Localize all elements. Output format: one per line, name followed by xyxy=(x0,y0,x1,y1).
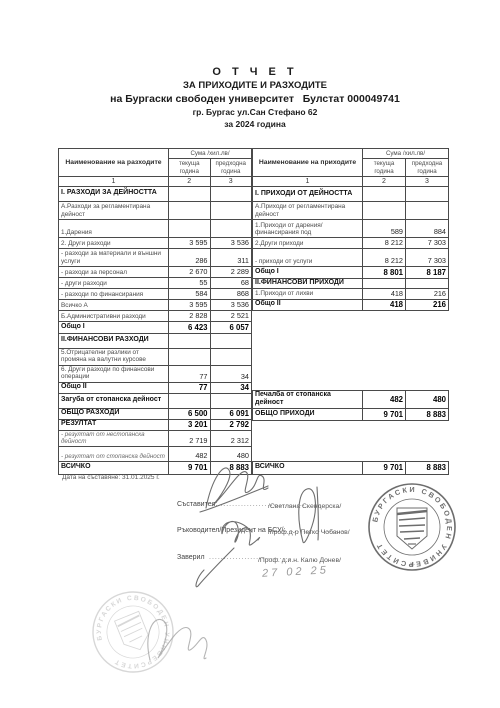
table-row: - разходи за материали и външни услуги28… xyxy=(59,249,252,267)
table-row: А.Разходи за регламентирана дейност xyxy=(59,202,252,220)
table-row: I. ПРИХОДИ ОТ ДЕЙНОСТТА xyxy=(253,187,449,202)
previous-year-value: 480 xyxy=(210,446,252,461)
revenues-amount-header: Сума /хил.лв/ xyxy=(363,149,449,159)
table-row: 1.Приходи от дарения/финансирания под589… xyxy=(253,220,449,238)
current-year-value: 482 xyxy=(169,446,211,461)
expenses-name-header: Наименование на разходите xyxy=(59,149,169,177)
document-header: О Т Ч Е Т ЗА ПРИХОДИТЕ И РАЗХОДИТЕ на Бу… xyxy=(58,66,452,129)
previous-year-value: 3 536 xyxy=(210,300,252,311)
row-label: Общо II xyxy=(59,382,169,393)
current-year-value xyxy=(363,278,406,288)
table-row: ВСИЧКО9 7018 883 xyxy=(59,461,252,474)
table-row: РЕЗУЛТАТ3 2012 792 xyxy=(59,419,252,430)
current-year-value xyxy=(169,202,211,220)
previous-year-value: 3 536 xyxy=(210,238,252,249)
row-label: Общо I xyxy=(253,267,363,278)
expenses-amount-header: Сума /хил.лв/ xyxy=(169,149,252,159)
previous-year-value: 2 792 xyxy=(210,419,252,430)
previous-year-value: 8 883 xyxy=(406,461,449,474)
row-label: РЕЗУЛТАТ xyxy=(59,419,169,430)
current-year-value xyxy=(169,393,211,408)
row-label: ОБЩО ПРИХОДИ xyxy=(253,409,363,420)
revenues-current-year-header: текуща година xyxy=(363,159,406,177)
expenses-previous-year-header: предходна година xyxy=(210,159,252,177)
page-title: О Т Ч Е Т xyxy=(58,66,452,78)
column-number: 2 xyxy=(169,177,211,187)
previous-year-value: 2 289 xyxy=(210,267,252,278)
previous-year-value: 311 xyxy=(210,249,252,267)
table-row: 1.Дарения xyxy=(59,220,252,238)
row-label: 5.Отрицателни разлики от промяна на валу… xyxy=(59,349,169,366)
table-row: - разходи за персонал2 6702 289 xyxy=(59,267,252,278)
current-year-value: 3 201 xyxy=(169,419,211,430)
svg-text:БУРГАСКИ СВОБОДЕН УНИВЕРСИТЕТ: БУРГАСКИ СВОБОДЕН УНИВЕРСИТЕТ xyxy=(85,584,181,680)
table-row: Всичко А3 5953 536 xyxy=(59,300,252,311)
previous-year-value: 34 xyxy=(210,382,252,393)
previous-year-value xyxy=(210,220,252,238)
current-year-value: 418 xyxy=(363,299,406,310)
current-year-value xyxy=(363,187,406,202)
signature-faint xyxy=(148,619,207,660)
svg-text:✳: ✳ xyxy=(409,561,415,569)
table-row: II.ФИНАНСОВИ РАЗХОДИ xyxy=(59,334,252,349)
previous-year-value xyxy=(406,202,449,220)
row-label: - разходи по финансирания xyxy=(59,289,169,300)
row-label: Всичко А xyxy=(59,300,169,311)
previous-year-value: 8 187 xyxy=(406,267,449,278)
current-year-value xyxy=(169,349,211,366)
page-subtitle: ЗА ПРИХОДИТЕ И РАЗХОДИТЕ xyxy=(58,80,452,91)
current-year-value: 2 719 xyxy=(169,430,211,446)
svg-text:БУРГАСКИ СВОБОДЕН УНИВЕРСИТЕТ: БУРГАСКИ СВОБОДЕН УНИВЕРСИТЕТ xyxy=(370,485,454,569)
current-year-value: 3 595 xyxy=(169,238,211,249)
current-year-value: 2 670 xyxy=(169,267,211,278)
row-label: I. РАЗХОДИ ЗА ДЕЙНОСТТА xyxy=(59,187,169,202)
row-label: - разходи за персонал xyxy=(59,267,169,278)
current-year-value: 77 xyxy=(169,365,211,382)
current-year-value: 8 212 xyxy=(363,249,406,267)
manager-name: /проф.д-р Петко Чобанов/ xyxy=(268,529,350,536)
previous-year-value: 6 057 xyxy=(210,322,252,334)
current-year-value: 584 xyxy=(169,289,211,300)
empty-row xyxy=(253,420,449,461)
table-row: ОБЩО РАЗХОДИ6 5006 091 xyxy=(59,408,252,419)
previous-year-value xyxy=(210,202,252,220)
row-label: II.ФИНАНСОВИ ПРИХОДИ xyxy=(253,278,363,288)
table-row: Общо I8 8018 187 xyxy=(253,267,449,278)
scanned-report-page: О Т Ч Е Т ЗА ПРИХОДИТЕ И РАЗХОДИТЕ на Бу… xyxy=(0,0,500,708)
expenses-current-year-header: текуща година xyxy=(169,159,211,177)
current-year-value: 589 xyxy=(363,220,406,238)
previous-year-value xyxy=(210,187,252,202)
table-row: II.ФИНАНСОВИ ПРИХОДИ xyxy=(253,278,449,288)
empty-row xyxy=(253,310,449,391)
row-label: II.ФИНАНСОВИ РАЗХОДИ xyxy=(59,334,169,349)
row-label: 2. Други разходи xyxy=(59,238,169,249)
previous-year-value xyxy=(406,278,449,288)
column-number: 3 xyxy=(406,177,449,187)
table-row: ВСИЧКО9 7018 883 xyxy=(253,461,449,474)
report-year-line: за 2024 година xyxy=(58,119,452,129)
row-label: - други разходи xyxy=(59,278,169,289)
revenues-previous-year-header: предходна година xyxy=(406,159,449,177)
current-year-value: 6 423 xyxy=(169,322,211,334)
table-row: А.Приходи от регламентирана дейност xyxy=(253,202,449,220)
previous-year-value xyxy=(210,393,252,408)
table-row: I. РАЗХОДИ ЗА ДЕЙНОСТТА xyxy=(59,187,252,202)
current-year-value xyxy=(363,202,406,220)
revenues-name-header: Наименование на приходите xyxy=(253,149,363,177)
row-label: 1.Дарения xyxy=(59,220,169,238)
previous-year-value: 2 521 xyxy=(210,311,252,322)
university-stamp-faint: БУРГАСКИ СВОБОДЕН УНИВЕРСИТЕТ xyxy=(81,580,185,684)
current-year-value: 286 xyxy=(169,249,211,267)
row-label: ВСИЧКО xyxy=(59,461,169,474)
previous-year-value: 480 xyxy=(406,391,449,409)
table-row: ОБЩО ПРИХОДИ9 7018 883 xyxy=(253,409,449,420)
row-label: Общо I xyxy=(59,322,169,334)
certified-label: Заверил xyxy=(177,554,205,561)
current-year-value: 8 801 xyxy=(363,267,406,278)
prepared-by-name: /Светлана Скендерска/ xyxy=(268,503,341,510)
row-label: 6. Други разходи по финансови операции xyxy=(59,365,169,382)
address-line: гр. Бургас ул.Сан Стефано 62 xyxy=(58,107,452,117)
previous-year-value: 8 883 xyxy=(210,461,252,474)
previous-year-value: 7 303 xyxy=(406,238,449,249)
current-year-value xyxy=(169,220,211,238)
row-label: Загуба от стопанска дейност xyxy=(59,393,169,408)
current-year-value: 6 500 xyxy=(169,408,211,419)
current-year-value: 9 701 xyxy=(363,461,406,474)
current-year-value: 9 701 xyxy=(169,461,211,474)
compilation-date: Дата на съставяне: 31.01.2025 г. xyxy=(62,474,160,481)
table-row: Б.Административни разходи2 8282 521 xyxy=(59,311,252,322)
table-row: Общо II7734 xyxy=(59,382,252,393)
column-number: 1 xyxy=(253,177,363,187)
row-label: - резултат от стопанска дейност xyxy=(59,446,169,461)
current-year-value: 3 595 xyxy=(169,300,211,311)
previous-year-value xyxy=(210,334,252,349)
row-label: Печалба от стопанска дейност xyxy=(253,391,363,409)
organization-line: на Бургаски свободен университет Булстат… xyxy=(58,93,452,105)
previous-year-value: 68 xyxy=(210,278,252,289)
previous-year-value: 8 883 xyxy=(406,409,449,420)
table-row: - разходи по финансирания584868 xyxy=(59,289,252,300)
table-row: - други разходи5568 xyxy=(59,278,252,289)
table-row: Загуба от стопанска дейност xyxy=(59,393,252,408)
current-year-value: 55 xyxy=(169,278,211,289)
table-row: - резултат от нестопанска дейност2 7192 … xyxy=(59,430,252,446)
table-row: 1.Приходи от лихви418216 xyxy=(253,288,449,299)
current-year-value: 8 212 xyxy=(363,238,406,249)
university-stamp: БУРГАСКИ СВОБОДЕН УНИВЕРСИТЕТ ✳ xyxy=(369,484,455,570)
row-label: - резултат от нестопанска дейност xyxy=(59,430,169,446)
column-number: 1 xyxy=(59,177,169,187)
table-row: 2. Други разходи3 5953 536 xyxy=(59,238,252,249)
row-label: 2.Други приходи xyxy=(253,238,363,249)
previous-year-value xyxy=(210,349,252,366)
current-year-value: 9 701 xyxy=(363,409,406,420)
table-row: 5.Отрицателни разлики от промяна на валу… xyxy=(59,349,252,366)
previous-year-value xyxy=(406,187,449,202)
table-row: - резултат от стопанска дейност482480 xyxy=(59,446,252,461)
current-year-value xyxy=(169,187,211,202)
row-label: А.Разходи за регламентирана дейност xyxy=(59,202,169,220)
column-number: 2 xyxy=(363,177,406,187)
column-number: 3 xyxy=(210,177,252,187)
row-label: 1.Приходи от лихви xyxy=(253,288,363,299)
row-label: ОБЩО РАЗХОДИ xyxy=(59,408,169,419)
previous-year-value: 884 xyxy=(406,220,449,238)
row-label: А.Приходи от регламентирана дейност xyxy=(253,202,363,220)
revenues-table: Наименование на приходите Сума /хил.лв/ … xyxy=(252,148,449,475)
current-year-value: 77 xyxy=(169,382,211,393)
previous-year-value: 6 091 xyxy=(210,408,252,419)
previous-year-value: 216 xyxy=(406,299,449,310)
row-label: Общо II xyxy=(253,299,363,310)
table-row: Общо I6 4236 057 xyxy=(59,322,252,334)
current-year-value xyxy=(169,334,211,349)
previous-year-value: 216 xyxy=(406,288,449,299)
row-label: - приходи от услуги xyxy=(253,249,363,267)
current-year-value: 482 xyxy=(363,391,406,409)
table-row: - приходи от услуги8 2127 303 xyxy=(253,249,449,267)
row-label: 1.Приходи от дарения/финансирания под xyxy=(253,220,363,238)
empty-cell xyxy=(253,310,449,391)
certified-name: /Проф. д.и.н. Калю Донев/ xyxy=(258,557,341,564)
previous-year-value: 868 xyxy=(210,289,252,300)
row-label: I. ПРИХОДИ ОТ ДЕЙНОСТТА xyxy=(253,187,363,202)
row-label: ВСИЧКО xyxy=(253,461,363,474)
table-row: Печалба от стопанска дейност482480 xyxy=(253,391,449,409)
previous-year-value: 2 312 xyxy=(210,430,252,446)
table-row: Общо II418216 xyxy=(253,299,449,310)
row-label: - разходи за материали и външни услуги xyxy=(59,249,169,267)
prepared-by-label: Съставител: xyxy=(177,501,217,508)
previous-year-value: 7 303 xyxy=(406,249,449,267)
current-year-value: 418 xyxy=(363,288,406,299)
empty-cell xyxy=(253,420,449,461)
handwritten-date: 27 02 25 xyxy=(262,564,329,579)
expenses-table: Наименование на разходите Сума /хил.лв/ … xyxy=(58,148,252,475)
table-row: 6. Други разходи по финансови операции77… xyxy=(59,365,252,382)
previous-year-value: 34 xyxy=(210,365,252,382)
income-expense-table: Наименование на разходите Сума /хил.лв/ … xyxy=(58,148,449,475)
table-row: 2.Други приходи8 2127 303 xyxy=(253,238,449,249)
row-label: Б.Административни разходи xyxy=(59,311,169,322)
current-year-value: 2 828 xyxy=(169,311,211,322)
